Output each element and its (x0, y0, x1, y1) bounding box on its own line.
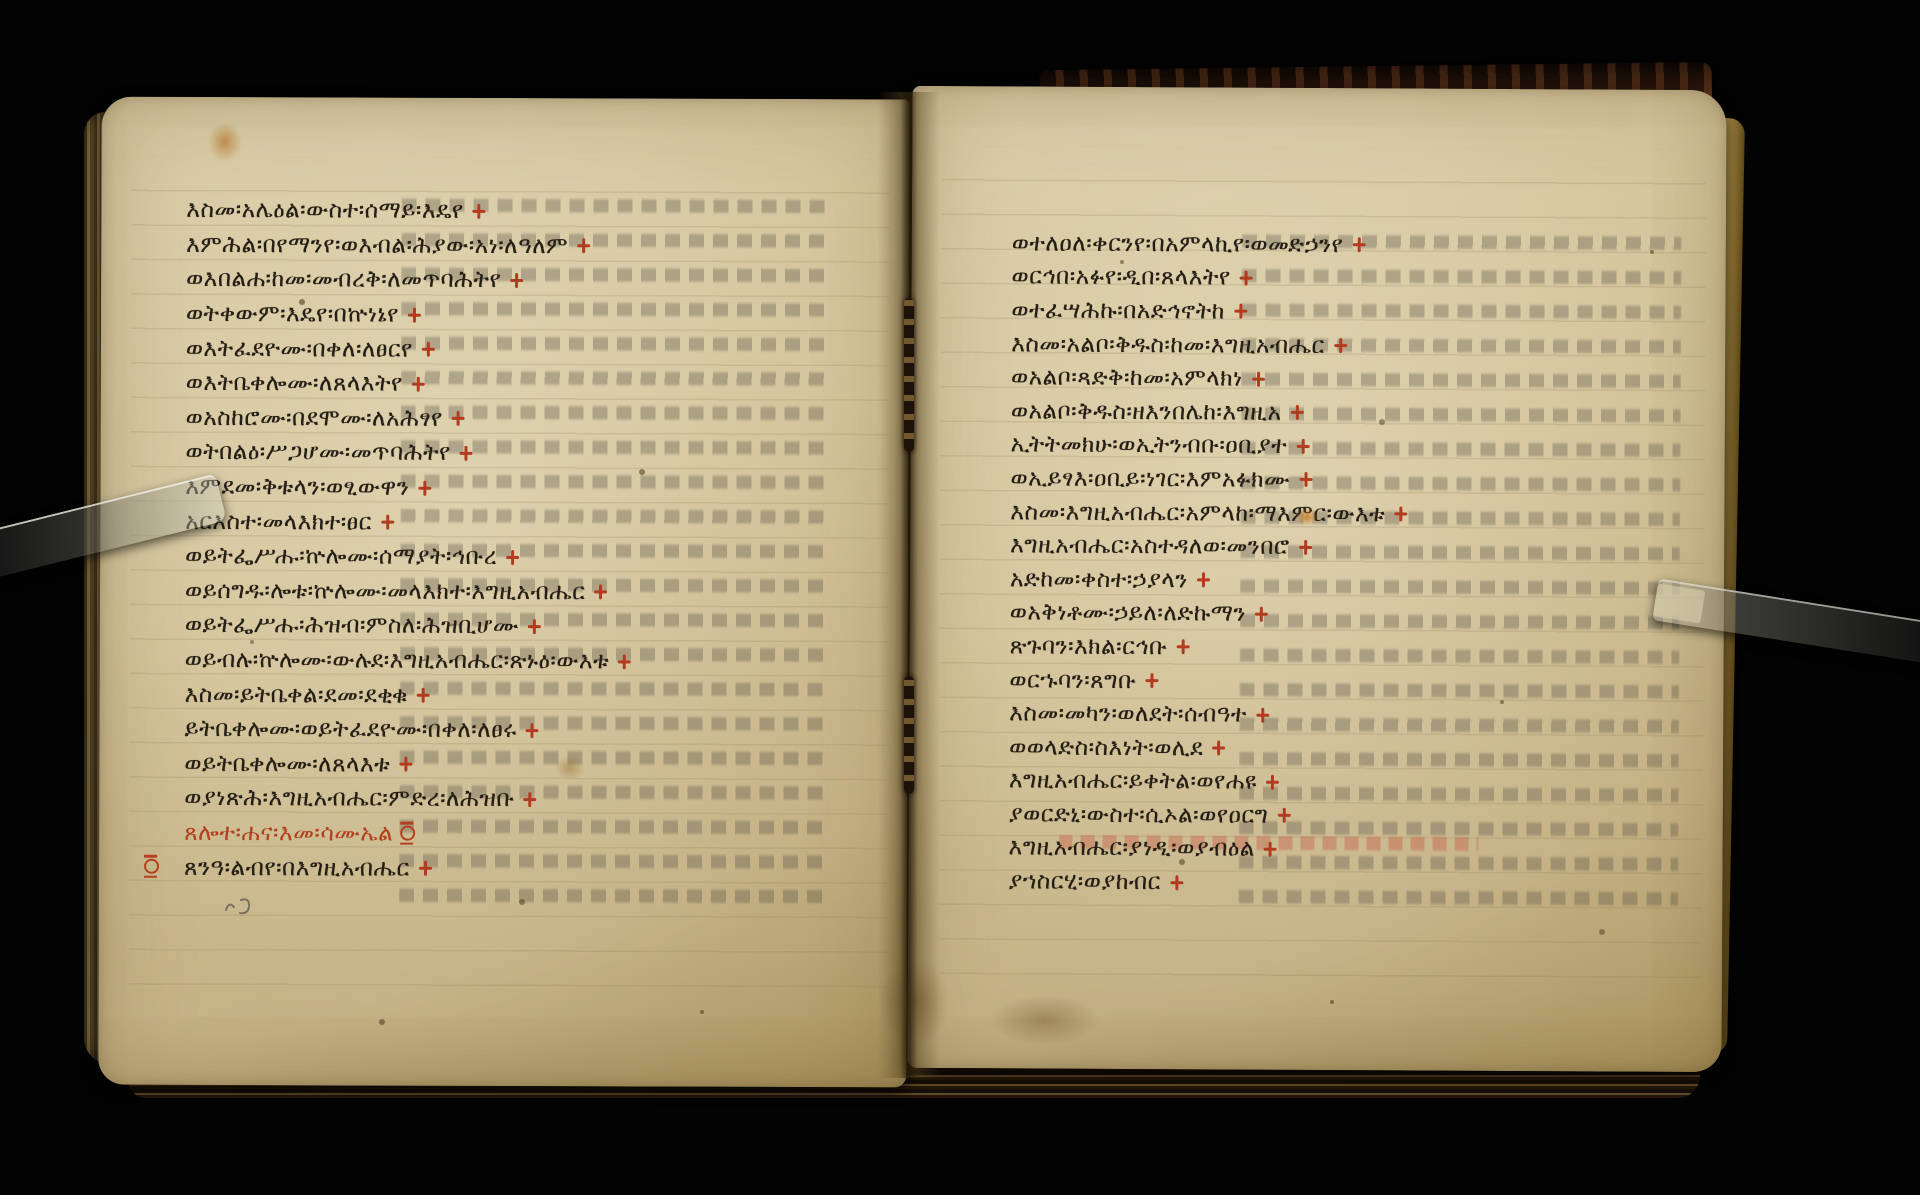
line-text: ወወላድስ፡ስእነት፡ወሊደ (1009, 734, 1203, 761)
line-text: ይትቤቀሎሙ፡ወይትፈደዮሙ፡በቀለ፡ለፀሩ (184, 716, 516, 743)
manuscript-line: ወይሰግዱ፡ሎቱ፡ኵሎሙ፡መላእክተ፡እግዚአብሔር (185, 573, 631, 609)
line-text: ወያነጽሕ፡እግዚአብሔር፡ምድረ፡ለሕዝቡ (184, 785, 514, 812)
paragraph-separator-icon (1394, 506, 1407, 521)
manuscript-line: ወእትቤቀሎሙ፡ለጸላእትየ (186, 366, 632, 402)
paragraph-separator-icon (417, 688, 430, 703)
line-text: ጸንዓ፡ልብየ፡በእግዚአብሔር (184, 854, 410, 881)
line-text: ወእትቤቀሎሙ፡ለጸላእትየ (186, 370, 403, 397)
paragraph-separator-icon (1296, 439, 1309, 454)
manuscript-line: ያወርድኒ፡ውስተ፡ሲኦል፡ወየዐርግ (1009, 797, 1406, 833)
manuscript-line: እስመ፡መካን፡ወለደት፡ሰብዓተ (1009, 697, 1406, 733)
line-text: ወርኅበ፡አፉየ፡ዲበ፡ጸላእትየ (1012, 264, 1231, 291)
photo-background: { "colors":{"ink_black":"#251e15","rubri… (0, 0, 1920, 1195)
line-text: ወይትፌሥሑ፡ሕዝብ፡ምስለ፡ሕዝቢሆሙ (185, 612, 519, 639)
manuscript-line: ወኢይፃእ፡ዐቢይ፡ነገር፡እምአፉክሙ (1010, 462, 1407, 498)
paragraph-separator-icon (452, 411, 465, 426)
manuscript-line: እስመ፡አሌዕል፡ውስተ፡ሰማይ፡እዴየ (186, 193, 632, 229)
binding-gutter (878, 92, 940, 1078)
manuscript-line: አድከመ፡ቀስተ፡ኃያላን (1010, 562, 1407, 598)
line-text: ጽጉባን፡እክል፡ርኅቡ (1010, 633, 1168, 660)
line-text: ወይትቤቀሎሙ፡ለጸላእቱ (184, 751, 390, 778)
paragraph-separator-icon (418, 480, 431, 495)
paragraph-separator-icon (473, 204, 486, 219)
manuscript-page-left: እስመ፡አሌዕል፡ውስተ፡ሰማይ፡እዴየእምሕል፡በየማንየ፡ወእብል፡ሕያው፡… (98, 97, 909, 1088)
manuscript-line: ጽጉባን፡እክል፡ርኅቡ (1010, 630, 1407, 666)
manuscript-line: ይትቤቀሎሙ፡ወይትፈደዮሙ፡በቀለ፡ለፀሩ (184, 712, 630, 748)
text-block-right: ወተለዐለ፡ቀርንየ፡በአምላኪየ፡ወመድኃንየወርኅበ፡አፉየ፡ዲበ፡ጸላእት… (1008, 226, 1408, 900)
paragraph-separator-icon (381, 515, 394, 530)
line-text: ወእበልሐ፡ከመ፡መብረቅ፡ለመጥባሕትየ (186, 266, 501, 293)
manuscript-line: ወርኁባን፡ጸግቡ (1009, 663, 1406, 699)
manuscript-line: ወርኅበ፡አፉየ፡ዲበ፡ጸላእትየ (1011, 260, 1408, 296)
line-text: ወአቅነቶሙ፡ኃይለ፡ለድኩማን (1010, 600, 1246, 627)
canticle-numeral (400, 826, 415, 841)
manuscript-line: እስመ፡አልቦ፡ቅዱስ፡ከመ፡እግዚአብሔር (1011, 327, 1408, 363)
manuscript-line: አርእስተ፡መላእክተ፡ፀር (185, 504, 631, 540)
manuscript-line: ወይትፌሥሑ፡ሕዝብ፡ምስለ፡ሕዝቢሆሙ (185, 608, 631, 644)
paragraph-separator-icon (1299, 472, 1312, 487)
ink-specks (0, 0, 4, 4)
paragraph-separator-icon (1334, 338, 1347, 353)
pencil-margin-mark (223, 895, 257, 919)
manuscript-line: ወወላድስ፡ስእነት፡ወሊደ (1009, 730, 1406, 766)
paragraph-separator-icon (460, 446, 473, 461)
paragraph-separator-icon (1299, 540, 1312, 555)
manuscript-line: እምሕል፡በየማንየ፡ወእብል፡ሕያው፡አነ፡ለዓለም (186, 227, 632, 263)
paragraph-separator-icon (510, 273, 523, 288)
paragraph-separator-icon (1212, 741, 1225, 756)
manuscript-line: ያኀስርሂ፡ወያከብር (1008, 865, 1405, 901)
line-text: እስመ፡መካን፡ወለደት፡ሰብዓተ (1009, 701, 1247, 728)
line-text: እስመ፡አሌዕል፡ውስተ፡ሰማይ፡እዴየ (186, 197, 463, 224)
manuscript-line: ወይትቤቀሎሙ፡ለጸላእቱ (184, 746, 630, 782)
paragraph-separator-icon (1252, 371, 1265, 386)
paragraph-separator-icon (422, 342, 435, 357)
manuscript-line: ወትቀውም፡እዴየ፡በኵነኔየ (186, 297, 632, 333)
manuscript-page-right: ወተለዐለ፡ቀርንየ፡በአምላኪየ፡ወመድኃንየወርኅበ፡አፉየ፡ዲበ፡ጸላእት… (907, 86, 1726, 1072)
paragraph-separator-icon (506, 550, 519, 565)
verse-numeral (144, 859, 159, 874)
manuscript-line: ወያነጽሕ፡እግዚአብሔር፡ምድረ፡ለሕዝቡ (184, 781, 630, 817)
paragraph-separator-icon (1290, 405, 1303, 420)
line-text: ወአስከሮሙ፡በደሞሙ፡ለአሕፃየ (186, 405, 443, 432)
paragraph-separator-icon (1234, 304, 1247, 319)
line-text: ወይሰግዱ፡ሎቱ፡ኵሎሙ፡መላእክተ፡እግዚአብሔር (185, 578, 585, 605)
line-text: ወይብሉ፡ኵሎሙ፡ውሉደ፡እግዚአብሔር፡ጽኑዕ፡ውእቱ (185, 647, 609, 674)
sewing-thread-top (904, 298, 914, 452)
line-text: እምሕል፡በየማንየ፡ወእብል፡ሕያው፡አነ፡ለዓለም (186, 232, 568, 259)
paragraph-separator-icon (577, 239, 590, 254)
line-text: ወርኁባን፡ጸግቡ (1009, 667, 1136, 694)
line-text: ጸሎተ፡ሐና፡እመ፡ሳሙኤል (184, 820, 393, 847)
paragraph-separator-icon (1264, 842, 1277, 857)
line-text: እግዚአብሔር፡ይቀትል፡ወየሐዩ (1009, 768, 1257, 795)
paragraph-separator-icon (1197, 573, 1210, 588)
paragraph-separator-icon (1145, 673, 1158, 688)
manuscript-line: ወእበልሐ፡ከመ፡መብረቅ፡ለመጥባሕትየ (186, 262, 632, 298)
manuscript-line: ጸንዓ፡ልብየ፡በእግዚአብሔር (184, 850, 630, 886)
manuscript-line: ወተለዐለ፡ቀርንየ፡በአምላኪየ፡ወመድኃንየ (1012, 226, 1409, 262)
line-text: ኢትትመክሁ፡ወኢትንብቡ፡ዐቢያተ (1011, 432, 1288, 459)
paragraph-separator-icon (1255, 607, 1268, 622)
sewing-thread-bottom (904, 676, 914, 794)
line-text: እስመ፡አልቦ፡ቅዱስ፡ከመ፡እግዚአብሔር (1011, 331, 1325, 359)
text-block-left: እስመ፡አሌዕል፡ውስተ፡ሰማይ፡እዴየእምሕል፡በየማንየ፡ወእብል፡ሕያው፡… (184, 193, 633, 886)
manuscript-line: ወይብሉ፡ኵሎሙ፡ውሉደ፡እግዚአብሔር፡ጽኑዕ፡ውእቱ (185, 643, 631, 679)
line-text: እግዚአብሔር፡አስተዳለወ፡መንበሮ (1010, 533, 1290, 560)
manuscript-line: እምደመ፡ቅቱላን፡ወፂውዋን (185, 470, 631, 506)
line-text: እስመ፡እግዚአብሔር፡አምላከ፡ማእምር፡ውእቱ (1010, 499, 1385, 527)
manuscript-line: ወአልቦ፡ቅዱስ፡ዘእንበሌከ፡እግዚአ (1011, 394, 1408, 430)
paragraph-separator-icon (524, 792, 537, 807)
manuscript-line: እግዚአብሔር፡ይቀትል፡ወየሐዩ (1009, 764, 1406, 800)
manuscript-line: እግዚአብሔር፡ያነዲ፡ወያብዕል (1009, 831, 1406, 867)
line-text: ወአልቦ፡ጻድቅ፡ከመ፡አምላክነ (1011, 365, 1243, 392)
paragraph-separator-icon (1240, 270, 1253, 285)
paragraph-separator-icon (526, 723, 539, 738)
manuscript-line: ወአስከሮሙ፡በደሞሙ፡ለአሕፃየ (186, 400, 632, 436)
paragraph-separator-icon (412, 376, 425, 391)
paragraph-separator-icon (1352, 237, 1365, 252)
manuscript-line: ወትበልዕ፡ሥጋሆሙ፡መጥባሕትየ (185, 435, 631, 471)
line-text: ወኢይፃእ፡ዐቢይ፡ነገር፡እምአፉክሙ (1010, 465, 1290, 492)
line-text: ወአልቦ፡ቅዱስ፡ዘእንበሌከ፡እግዚአ (1011, 398, 1282, 425)
manuscript-line: እስመ፡ይትቤቀል፡ደመ፡ደቂቁ (185, 677, 631, 713)
line-text: ያወርድኒ፡ውስተ፡ሲኦል፡ወየዐርግ (1009, 801, 1269, 828)
manuscript-line: ወይትፌሥሑ፡ኵሎሙ፡ሰማያት፡ኅቡረ (185, 539, 631, 575)
paragraph-separator-icon (399, 757, 412, 772)
line-text: ወትቀውም፡እዴየ፡በኵነኔየ (186, 301, 399, 328)
line-text: እግዚአብሔር፡ያነዲ፡ወያብዕል (1009, 835, 1255, 862)
paragraph-separator-icon (419, 861, 432, 876)
paragraph-separator-icon (594, 585, 607, 600)
paragraph-separator-icon (1256, 707, 1269, 722)
paragraph-separator-icon (1266, 775, 1279, 790)
manuscript-line: እግዚአብሔር፡አስተዳለወ፡መንበሮ (1010, 529, 1407, 565)
line-text: ወትበልዕ፡ሥጋሆሙ፡መጥባሕትየ (185, 439, 450, 466)
manuscript-line: ጸሎተ፡ሐና፡እመ፡ሳሙኤል (184, 816, 630, 852)
line-text: ያኀስርሂ፡ወያከብር (1008, 868, 1161, 895)
paragraph-separator-icon (1176, 640, 1189, 655)
manuscript-line: ወአቅነቶሙ፡ኃይለ፡ለድኩማን (1010, 596, 1407, 632)
line-text: ወእትፈደዮሙ፡በቀለ፡ለፀርየ (186, 336, 413, 363)
line-text: እስመ፡ይትቤቀል፡ደመ፡ደቂቁ (185, 681, 409, 708)
paragraph-separator-icon (408, 307, 421, 322)
paragraph-separator-icon (618, 654, 631, 669)
manuscript-line: ኢትትመክሁ፡ወኢትንብቡ፡ዐቢያተ (1011, 428, 1408, 464)
manuscript-line: ወአልቦ፡ጻድቅ፡ከመ፡አምላክነ (1011, 361, 1408, 397)
paragraph-separator-icon (528, 619, 541, 634)
line-text: አድከመ፡ቀስተ፡ኃያላን (1010, 566, 1188, 593)
line-text: ወተለዐለ፡ቀርንየ፡በአምላኪየ፡ወመድኃንየ (1012, 230, 1344, 258)
paragraph-separator-icon (1170, 875, 1183, 890)
paragraph-separator-icon (1277, 808, 1290, 823)
line-text: ወይትፌሥሑ፡ኵሎሙ፡ሰማያት፡ኅቡረ (185, 543, 497, 570)
line-text: ወተፈሣሕኩ፡በአድኅኖትከ (1011, 297, 1225, 324)
manuscript-line: ወእትፈደዮሙ፡በቀለ፡ለፀርየ (186, 331, 632, 367)
manuscript-line: እስመ፡እግዚአብሔር፡አምላከ፡ማእምር፡ውእቱ (1010, 495, 1407, 531)
manuscript-line: ወተፈሣሕኩ፡በአድኅኖትከ (1011, 294, 1408, 330)
